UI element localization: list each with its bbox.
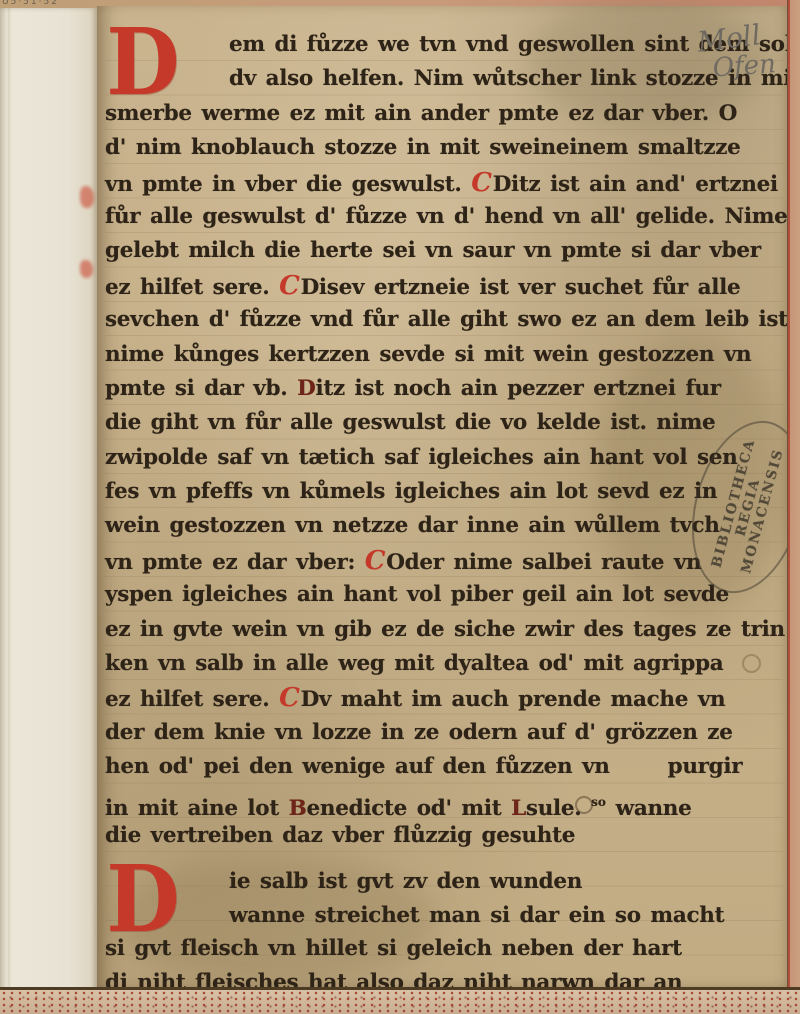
manuscript-line: fes vn pfeffs vn kůmels igleiches ain lo… [105,475,783,509]
manuscript-line: ez hilfet sere. CDisev ertzneie ist ver … [105,269,783,303]
manuscript-line: wein gestozzen vn netzze dar inne ain wů… [105,509,783,543]
manuscript-line: fůr alle geswulst d' fůzze vn d' hend vn… [105,200,783,234]
stained-bottom-edge [0,987,800,1014]
manuscript-line: smerbe werme ez mit ain ander pmte ez da… [105,97,783,131]
manuscript-line: d' nim knoblauch stozze in mit sweineine… [105,131,783,165]
red-offset-mark [80,260,93,278]
manuscript-line: vn pmte in vber die geswulst. CDitz ist … [105,166,783,200]
text-block: Dem di fůzze we tvn vnd geswollen sint d… [105,28,783,999]
rubric-initial: D [106,853,179,945]
book-fore-edge [787,0,800,1014]
manuscript-line: sevchen d' fůzze vnd fůr alle giht swo e… [105,303,783,337]
manuscript-line: hen od' pei den wenige auf den fůzzen vn… [105,750,783,784]
parchment-page: Dem di fůzze we tvn vnd geswollen sint d… [97,6,789,992]
manuscript-line: nime kůnges kertzzen sevde si mit wein g… [105,338,783,372]
manuscript-line: ez hilfet sere. CDv maht im auch prende … [105,681,783,715]
red-offset-mark [80,186,94,208]
corner-shelfmark-fragment: U5·51·52 [2,0,59,7]
rubric-initial: D [106,16,179,108]
manuscript-line: ie salb ist gvt zv den wunden [229,865,783,898]
manuscript-line: yspen igleiches ain hant vol piber geil … [105,578,783,612]
pencil-note: Moll Ofen [682,19,777,87]
manuscript-line: ez in gvte wein vn gib ez de siche zwir … [105,613,783,647]
pencil-note-line: Ofen [712,50,777,82]
manuscript-section: Die salb ist gvt zv den wundenwanne stre… [105,865,783,999]
manuscript-line: die giht vn fůr alle geswulst die vo kel… [105,406,783,440]
manuscript-line: der dem knie vn lozze in ze odern auf d'… [105,716,783,750]
manuscript-line: zwipolde saf vn tætich saf igleiches ain… [105,441,783,475]
manuscript-line: wanne streichet man si dar ein so macht [229,899,783,932]
manuscript-line: pmte si dar vb. Ditz ist noch ain pezzer… [105,372,783,406]
manuscript-line: vn pmte ez dar vber: COder nime salbei r… [105,544,783,578]
manuscript-photo: U5·51·52 Dem di fůzze we tvn vnd geswoll… [0,0,800,1014]
manuscript-section: Dem di fůzze we tvn vnd geswollen sint d… [105,28,783,853]
manuscript-line: si gvt fleisch vn hillet si geleich nebe… [105,932,783,965]
manuscript-line: gelebt milch die herte sei vn saur vn pm… [105,234,783,268]
manuscript-line: die vertreiben daz vber flůzzig gesuhte [105,819,783,853]
facing-page-edge [0,8,97,992]
manuscript-line: in mit aine lot Benedicte od' mit Lsule.… [105,785,783,819]
manuscript-line: ken vn salb in alle weg mit dyaltea od' … [105,647,783,681]
